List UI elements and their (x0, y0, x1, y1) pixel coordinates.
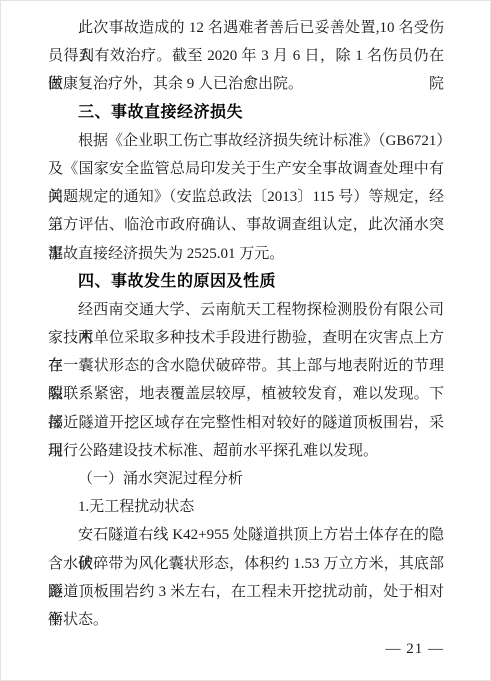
paragraph-line: 含水破碎带为风化囊状形态，体积约 1.53 万立方米，其底部距 (48, 550, 444, 578)
section-heading-cause-nature: 四、事故发生的原因及性质 (48, 268, 444, 296)
paragraph-line: 家技术单位采取多种技术手段进行勘验，查明在灾害点上方存 (48, 324, 444, 352)
paragraph-line: 衡状态。 (48, 606, 444, 634)
paragraph-line: 经西南交通大学、云南航天工程物探检测股份有限公司两 (48, 296, 444, 324)
document-page: 此次事故造成的 12 名遇难者善后已妥善处置,10 名受伤人 员得到有效治疗。截… (0, 0, 491, 681)
paragraph-line: 此次事故造成的 12 名遇难者善后已妥善处置,10 名受伤人 (48, 14, 444, 42)
paragraph-line: 现行公路建设技术标准、超前水平探孔难以发现。 (48, 437, 444, 465)
section-heading-economic-loss: 三、事故直接经济损失 (48, 99, 444, 127)
paragraph-line: 事故直接经济损失为 2525.01 万元。 (48, 240, 444, 268)
document-body: 此次事故造成的 12 名遇难者善后已妥善处置,10 名受伤人 员得到有效治疗。截… (48, 14, 444, 634)
paragraph-line: 三方评估、临沧市政府确认、事故调查组认定，此次涌水突泥 (48, 211, 444, 239)
paragraph-line: 及《国家安全监管总局印发关于生产安全事故调查处理中有关 (48, 155, 444, 183)
paragraph-line: 接近隧道开挖区域存在完整性相对较好的隧道顶板围岩，采用 (48, 409, 444, 437)
paragraph-line: 安石隧道右线 K42+955 处隧道拱顶上方岩土体存在的隐伏 (48, 521, 444, 549)
paragraph-line: 员得到有效治疗。截至 2020 年 3 月 6 日，除 1 名伤员仍在医院 (48, 42, 444, 70)
page-number: — 21 — (386, 641, 445, 658)
paragraph-line: 隧道顶板围岩约 3 米左右，在工程未开挖扰动前，处于相对平 (48, 578, 444, 606)
paragraph-line: 问题规定的通知》（安监总政法〔2013〕115 号）等规定，经第 (48, 183, 444, 211)
paragraph-line: 隙联系紧密，地表覆盖层较厚，植被较发育，难以发现。下部 (48, 380, 444, 408)
paragraph-line: 根据《企业职工伤亡事故经济损失统计标准》（GB6721） (48, 127, 444, 155)
subsection-heading-undisturbed-state: 1.无工程扰动状态 (48, 493, 444, 521)
subsection-heading-process-analysis: （一）涌水突泥过程分析 (48, 465, 444, 493)
paragraph-line: 在一囊状形态的含水隐伏破碎带。其上部与地表附近的节理裂 (48, 352, 444, 380)
